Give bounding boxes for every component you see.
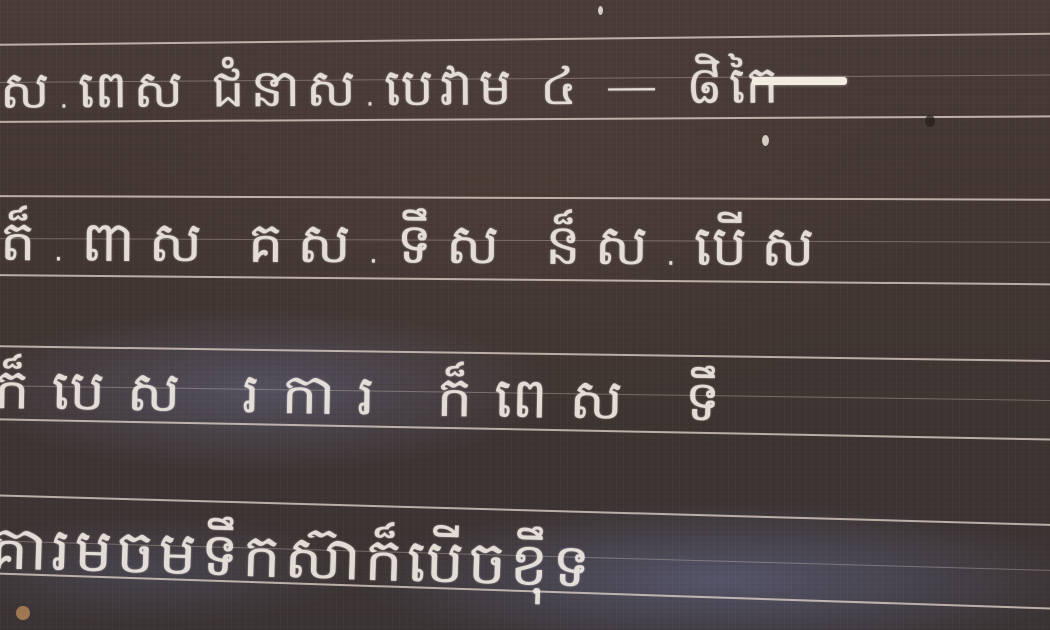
chalk-text-row-2: ត៏.ពាស គស.ទឹស ន៏ស.បើស xyxy=(0,206,829,294)
ruled-line xyxy=(0,32,1050,46)
ruled-line xyxy=(0,195,1050,201)
chalk-dot xyxy=(762,135,769,146)
chalk-text-row-4: គារមចមទឹកស៊ាក៏បើចខុឹទ xyxy=(0,510,595,617)
board-stain xyxy=(16,606,30,620)
chalk-text-row-3: ក៏បេស រការ ក៏ពេស ទឹ xyxy=(0,354,743,449)
chalkboard-photo: ស.ពេស ជំនាស.បេវាម ៤ — ៨ិកៃ ត៏.ពាស គស.ទឹស… xyxy=(0,0,1050,630)
chalk-dash xyxy=(752,77,847,85)
chalk-text-row-1: ស.ពេស ជំនាស.បេវាម ៤ — ៨ិកៃ xyxy=(0,53,785,134)
board-stain xyxy=(925,115,935,127)
chalk-dot xyxy=(598,6,603,15)
